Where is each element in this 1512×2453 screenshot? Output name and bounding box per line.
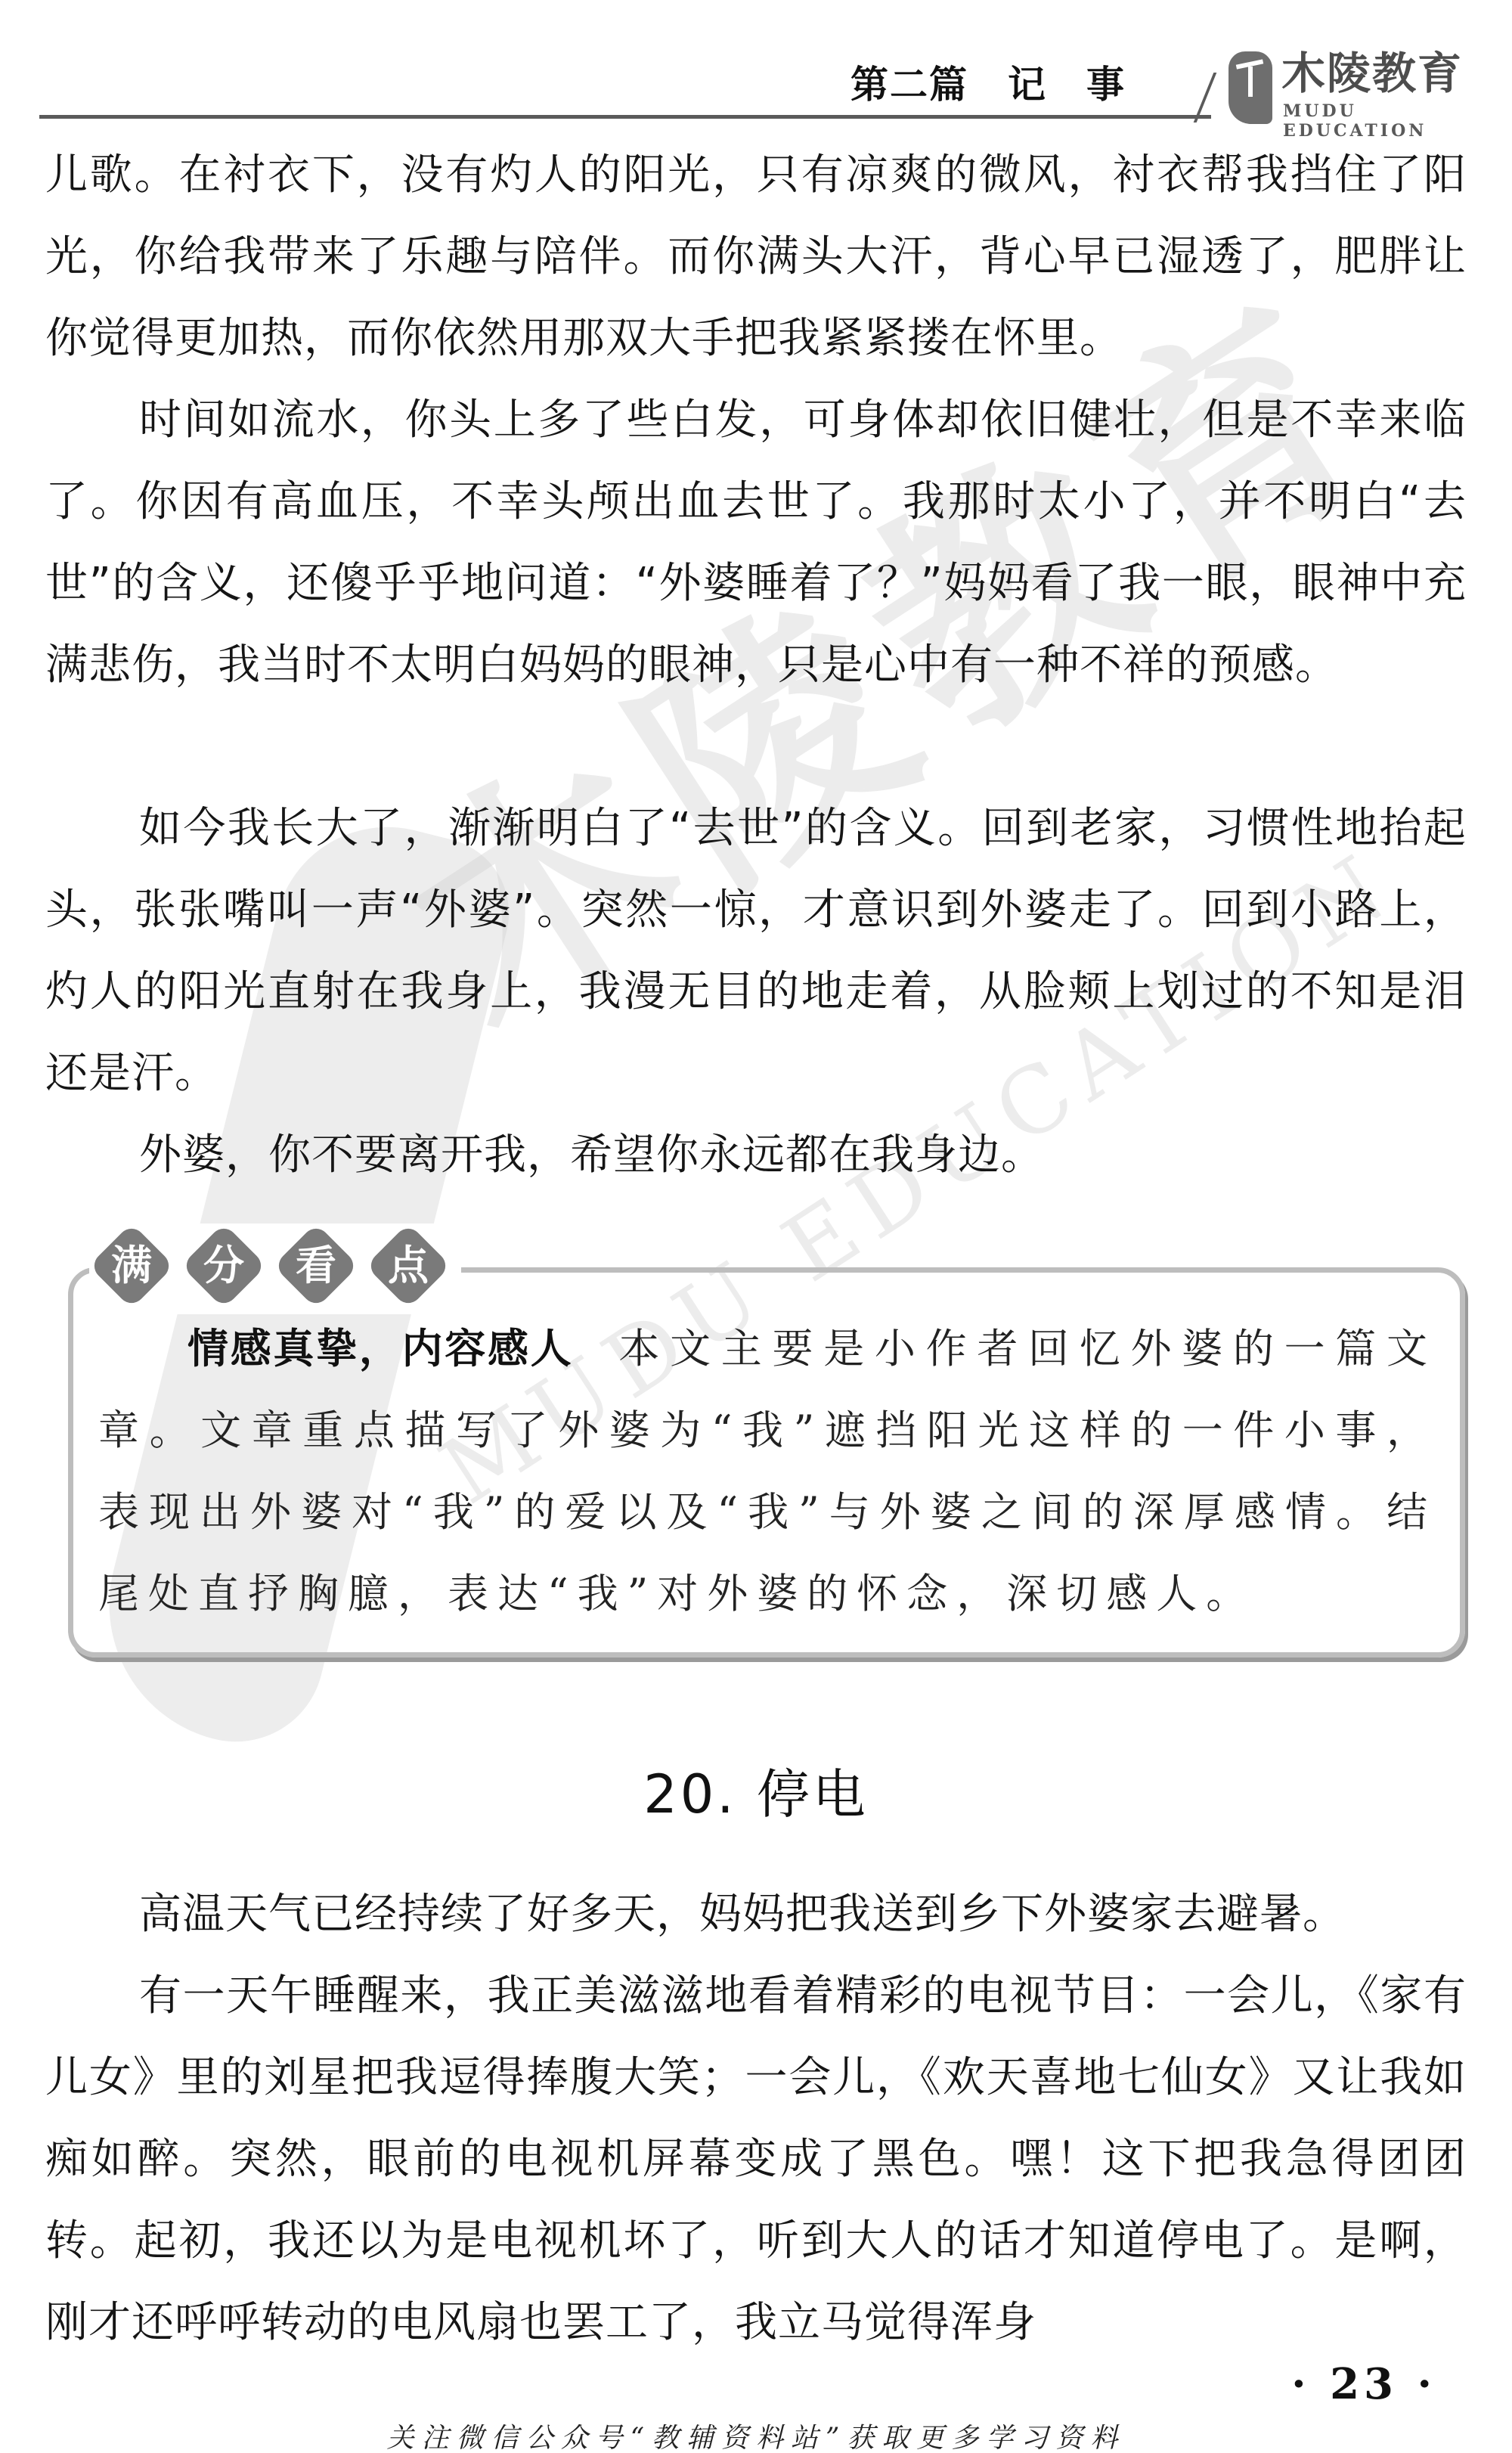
paragraph: 外婆，你不要离开我，希望你永远都在我身边。: [45, 1115, 1467, 1196]
logo-text-cn: 木陵教育: [1281, 47, 1463, 100]
paragraph: 如今我长大了，渐渐明白了“去世”的含义。回到老家，习惯性地抬起头，张张嘴叫一声“…: [45, 788, 1467, 1115]
logo-mark-icon: [1228, 51, 1272, 124]
badge-diamond-icon: 看: [274, 1223, 358, 1308]
paragraph: 时间如流水，你头上多了些白发，可身体却依旧健壮，但是不幸来临了。你因有高血压，不…: [45, 380, 1467, 706]
comment-lead: 情感真挚，内容感人: [187, 1325, 573, 1372]
comment-text: 情感真挚，内容感人本文主要是小作者回忆外婆的一篇文章。文章重点描写了外婆为“我”…: [98, 1308, 1436, 1635]
paragraph: 高温天气已经持续了好多天，妈妈把我送到乡下外婆家去避暑。: [45, 1874, 1467, 1955]
page-number: · 23 ·: [1291, 2359, 1436, 2409]
comment-box-badges: 满 分 看 点: [89, 1223, 461, 1314]
publisher-logo: 木陵教育 MUDU EDUCATION: [1228, 47, 1501, 130]
page-header: 第二篇 记 事 木陵教育 MUDU EDUCATION: [0, 0, 1512, 129]
section-title: 第二篇 记 事: [850, 62, 1126, 107]
chapter-title: 20. 停电: [0, 1760, 1512, 1828]
paragraph: 儿歌。在衬衣下，没有灼人的阳光，只有凉爽的微风，衬衣帮我挡住了阳光，你给我带来了…: [45, 135, 1467, 380]
badge-diamond-icon: 分: [181, 1223, 266, 1308]
paragraph: 有一天午睡醒来，我正美滋滋地看着精彩的电视节目：一会儿，《家有儿女》里的刘星把我…: [45, 1955, 1467, 2364]
badge-diamond-icon: 点: [366, 1223, 451, 1308]
badge-diamond-icon: 满: [89, 1223, 174, 1308]
footer-note: 关注微信公众号“教辅资料站”获取更多学习资料: [0, 2417, 1512, 2453]
header-divider: [39, 115, 1211, 119]
